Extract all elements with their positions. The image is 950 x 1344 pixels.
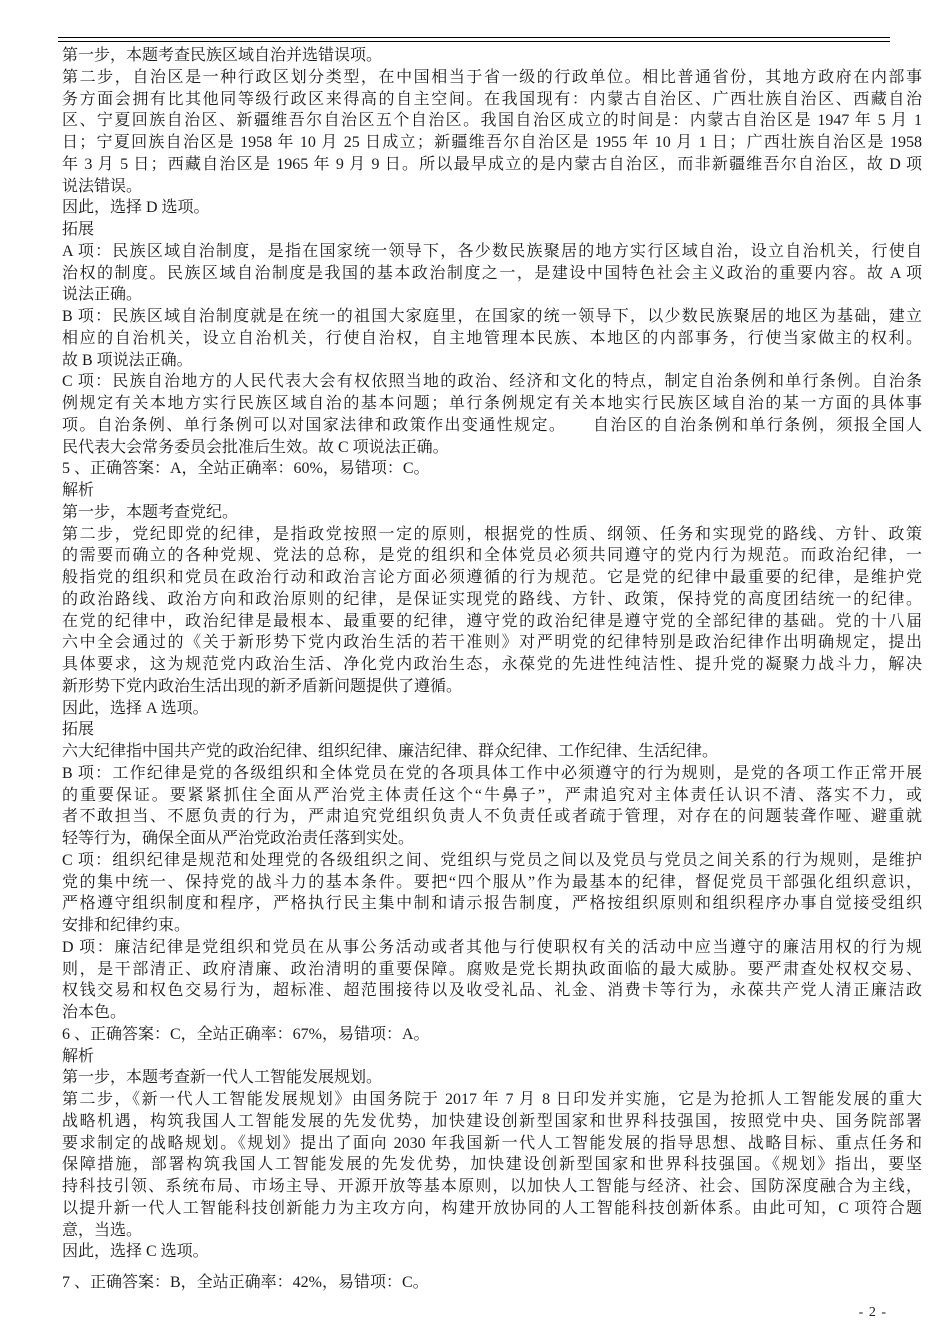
- text-line: 7 、正确答案：B，全站正确率：42%，易错项：C。: [62, 1272, 922, 1294]
- text-line: 第一步，本题考查党纪。: [62, 502, 922, 524]
- text-line: C 项：组织纪律是规范和处理党的各级组织之间、党组织与党员之间以及党员与党员之间…: [62, 850, 922, 872]
- text-line: 战略机遇，构筑我国人工智能发展的先发优势，加快建设创新型国家和世界科技强国，按照…: [62, 1111, 922, 1133]
- text-line: 保障措施，部署构筑我国人工智能发展的先发优势，加快建设创新型国家和世界科技强国。…: [62, 1154, 922, 1176]
- text-line: 年 3 月 5 日；西藏自治区是 1965 年 9 月 9 日。所以最早成立的是…: [62, 154, 922, 176]
- text-line: 则，是干部清正、政府清廉、政治清明的重要保障。腐败是党长期执政面临的最大威胁。要…: [62, 959, 922, 981]
- text-line: 说法错误。: [62, 176, 922, 198]
- text-line: 相应的自治机关，设立自治机关，行使自治权，自主地管理本民族、本地区的内部事务，行…: [62, 328, 922, 350]
- text-line: 项。自治条例、单行条例可以对国家法律和政策作出变通性规定。 自治区的自治条例和单…: [62, 415, 922, 437]
- text-line: 的重要保证。要紧紧抓住全面从严治党主体责任这个“牛鼻子”，严肃追究对主体责任认识…: [62, 785, 922, 807]
- text-line: 务方面会拥有比其他同等级行政区来得高的自主空间。在我国现有：内蒙古自治区、广西壮…: [62, 89, 922, 111]
- text-line: 治权的制度。民族区域自治制度是我国的基本政治制度之一，是建设中国特色社会主义政治…: [62, 263, 922, 285]
- text-line: C 项：民族自治地方的人民代表大会有权依照当地的政治、经济和文化的特点，制定自治…: [62, 371, 922, 393]
- document-lines: 第一步，本题考查民族区域自治并选错误项。第二步，自治区是一种行政区划分类型，在中…: [62, 45, 922, 1294]
- document-page: 第一步，本题考查民族区域自治并选错误项。第二步，自治区是一种行政区划分类型，在中…: [0, 0, 950, 1344]
- text-line: 例规定有关本地方实行民族区域自治的基本问题；单行条例规定有关本地实行民族区域自治…: [62, 393, 922, 415]
- text-line: 因此，选择 C 选项。: [62, 1241, 922, 1263]
- text-line: D 项：廉洁纪律是党组织和党员在从事公务活动或者其他与行使职权有关的活动中应当遵…: [62, 937, 922, 959]
- text-line: 具体要求，这为规范党内政治生活、净化党内政治生态，永葆党的先进性纯洁性、提升党的…: [62, 654, 922, 676]
- text-line: 轻等行为，确保全面从严治党政治责任落到实处。: [62, 828, 922, 850]
- text-line: 6 、正确答案：C，全站正确率：67%，易错项：A。: [62, 1024, 922, 1046]
- text-line: 拓展: [62, 219, 922, 241]
- text-line: 解析: [62, 480, 922, 502]
- text-line: 故 B 项说法正确。: [62, 350, 922, 372]
- text-line: 第一步，本题考查新一代人工智能发展规划。: [62, 1067, 922, 1089]
- text-line: 第二步，《新一代人工智能发展规划》由国务院于 2017 年 7 月 8 日印发并…: [62, 1089, 922, 1111]
- text-line: 的需要而确立的各种党规、党法的总称，是党的组织和全体党员必须共同遵守的党内行为规…: [62, 545, 922, 567]
- text-line: 党的集中统一、保持党的战斗力的基本条件。要把“四个服从”作为最基本的纪律，督促党…: [62, 872, 922, 894]
- text-line: 治本色。: [62, 1002, 922, 1024]
- text-line: 持科技引领、系统布局、市场主导、开源开放等基本原则，以加快人工智能与经济、社会、…: [62, 1176, 922, 1198]
- text-line: 六大纪律指中国共产党的政治纪律、组织纪律、廉洁纪律、群众纪律、工作纪律、生活纪律…: [62, 741, 922, 763]
- header-rule: [58, 37, 890, 42]
- text-line: 区、宁夏回族自治区、新疆维吾尔自治区五个自治区。我国自治区成立的时间是：内蒙古自…: [62, 110, 922, 132]
- text-line: 严格遵守组织制度和程序，严格执行民主集中制和请示报告制度，严格按组织原则和组织程…: [62, 893, 922, 915]
- text-line: A 项：民族区域自治制度，是指在国家统一领导下，各少数民族聚居的地方实行区域自治…: [62, 241, 922, 263]
- text-line: 要求制定的战略规划。《规划》提出了面向 2030 年我国新一代人工智能发展的指导…: [62, 1133, 922, 1155]
- text-line: 权钱交易和权色交易行为，超标准、超范围接待以及收受礼品、礼金、消费卡等行为，永葆…: [62, 980, 922, 1002]
- text-line: 解析: [62, 1046, 922, 1068]
- text-line: 因此，选择 D 选项。: [62, 197, 922, 219]
- text-line: 说法正确。: [62, 284, 922, 306]
- page-number: - 2 -: [859, 1304, 887, 1322]
- text-line: 以提升新一代人工智能科技创新能力为主攻方向，构建开放协同的人工智能科技创新体系。…: [62, 1198, 922, 1220]
- text-line: 六中全会通过的《关于新形势下党内政治生活的若干准则》对严明党的纪律特别是政治纪律…: [62, 632, 922, 654]
- text-line: 安排和纪律约束。: [62, 915, 922, 937]
- text-line: 民代表大会常务委员会批准后生效。故 C 项说法正确。: [62, 437, 922, 459]
- text-line: 日；宁夏回族自治区是 1958 年 10 月 25 日成立；新疆维吾尔自治区是 …: [62, 132, 922, 154]
- text-line: 者不敢担当、不愿负责的行为，严肃追究党组织负责人不负责任或者疏于管理，对存在的问…: [62, 806, 922, 828]
- text-line: 在党的纪律中，政治纪律是最根本、最重要的纪律，遵守党的政治纪律是遵守党的全部纪律…: [62, 611, 922, 633]
- text-line: 的政治路线、政治方向和政治原则的纪律，是保证实现党的路线、方针、政策，保持党的高…: [62, 589, 922, 611]
- text-line: 新形势下党内政治生活出现的新矛盾新问题提供了遵循。: [62, 676, 922, 698]
- text-line: 般指党的组织和党员在政治行动和政治言论方面必须遵循的行为规范。它是党的纪律中最重…: [62, 567, 922, 589]
- text-line: 5 、正确答案：A，全站正确率：60%，易错项：C。: [62, 458, 922, 480]
- text-line: B 项：工作纪律是党的各级组织和全体党员在党的各项具体工作中必须遵守的行为规则，…: [62, 763, 922, 785]
- text-line: B 项：民族区域自治制度就是在统一的祖国大家庭里，在国家的统一领导下，以少数民族…: [62, 306, 922, 328]
- text-line: 拓展: [62, 719, 922, 741]
- text-line: 因此，选择 A 选项。: [62, 698, 922, 720]
- text-line: 第一步，本题考查民族区域自治并选错误项。: [62, 45, 922, 67]
- text-line: 第二步，党纪即党的纪律，是指政党按照一定的原则，根据党的性质、纲领、任务和实现党…: [62, 524, 922, 546]
- text-line: 意，当选。: [62, 1220, 922, 1242]
- text-line: 第二步，自治区是一种行政区划分类型，在中国相当于省一级的行政单位。相比普通省份，…: [62, 67, 922, 89]
